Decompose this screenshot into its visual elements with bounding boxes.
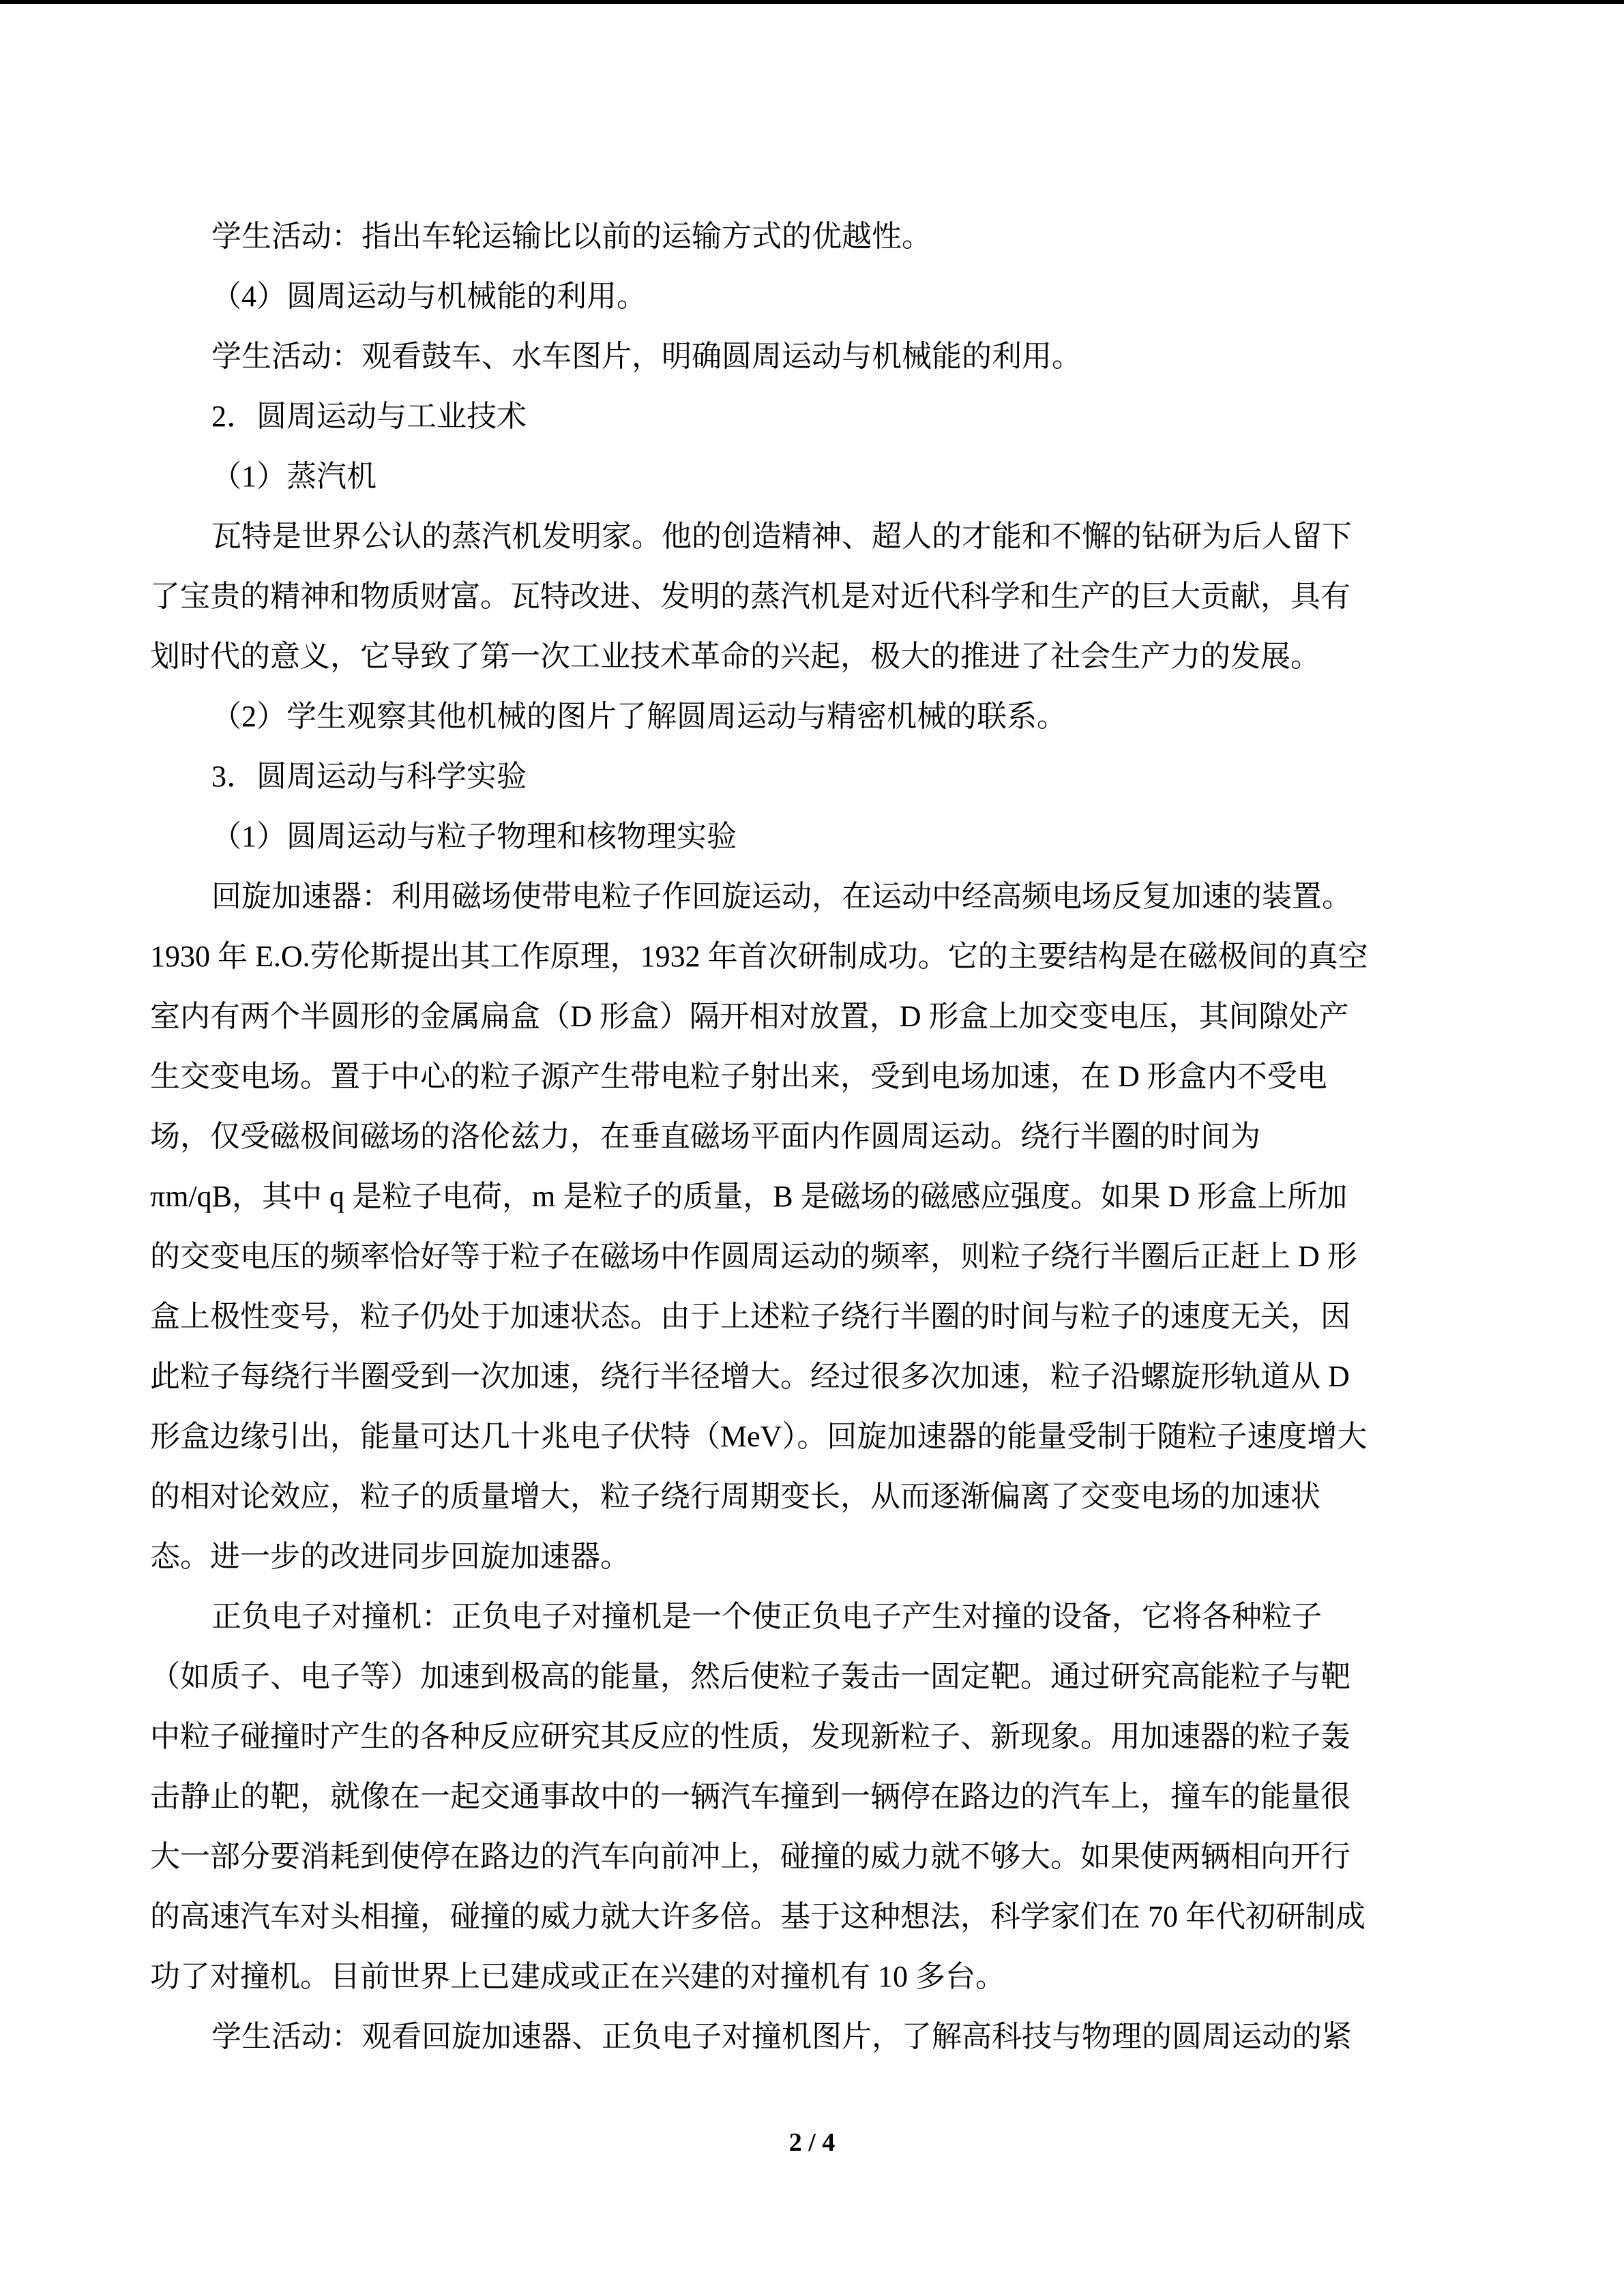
text-line: （2）学生观察其他机械的图片了解圆周运动与精密机械的联系。 [150,687,1488,747]
text-line: 击静止的靶，就像在一起交通事故中的一辆汽车撞到一辆停在路边的汽车上，撞车的能量很 [150,1767,1488,1827]
text-line: 1930 年 E.O.劳伦斯提出其工作原理，1932 年首次研制成功。它的主要结… [150,927,1488,987]
text-line: 3．圆周运动与科学实验 [150,747,1488,807]
document-body: 学生活动：指出车轮运输比以前的运输方式的优越性。（4）圆周运动与机械能的利用。学… [150,207,1488,2067]
text-line: 生交变电场。置于中心的粒子源产生带电粒子射出来，受到电场加速，在 D 形盒内不受… [150,1047,1488,1107]
text-line: 功了对撞机。目前世界上已建成或正在兴建的对撞机有 10 多台。 [150,1947,1488,2007]
text-line: 回旋加速器：利用磁场使带电粒子作回旋运动，在运动中经高频电场反复加速的装置。 [150,867,1488,927]
text-line: 学生活动：观看回旋加速器、正负电子对撞机图片，了解高科技与物理的圆周运动的紧 [150,2007,1488,2067]
text-line: （4）圆周运动与机械能的利用。 [150,267,1488,327]
text-line: πm/qB，其中 q 是粒子电荷，m 是粒子的质量，B 是磁场的磁感应强度。如果… [150,1167,1488,1227]
text-line: 场，仅受磁极间磁场的洛伦兹力，在垂直磁场平面内作圆周运动。绕行半圈的时间为 [150,1107,1488,1167]
text-line: 了宝贵的精神和物质财富。瓦特改进、发明的蒸汽机是对近代科学和生产的巨大贡献，具有 [150,567,1488,627]
text-line: （1）蒸汽机 [150,447,1488,507]
text-line: 学生活动：指出车轮运输比以前的运输方式的优越性。 [150,207,1488,267]
text-line: 学生活动：观看鼓车、水车图片，明确圆周运动与机械能的利用。 [150,327,1488,387]
text-line: 盒上极性变号，粒子仍处于加速状态。由于上述粒子绕行半圈的时间与粒子的速度无关，因 [150,1287,1488,1347]
text-line: 2．圆周运动与工业技术 [150,387,1488,447]
text-line: 瓦特是世界公认的蒸汽机发明家。他的创造精神、超人的才能和不懈的钻研为后人留下 [150,507,1488,567]
text-line: 正负电子对撞机：正负电子对撞机是一个使正负电子产生对撞的设备，它将各种粒子 [150,1587,1488,1647]
text-line: 划时代的意义，它导致了第一次工业技术革命的兴起，极大的推进了社会生产力的发展。 [150,627,1488,687]
text-line: 的交变电压的频率恰好等于粒子在磁场中作圆周运动的频率，则粒子绕行半圈后正赶上 D… [150,1227,1488,1287]
text-line: 室内有两个半圆形的金属扁盒（D 形盒）隔开相对放置，D 形盒上加交变电压，其间隙… [150,987,1488,1047]
text-line: 形盒边缘引出，能量可达几十兆电子伏特（MeV）。回旋加速器的能量受制于随粒子速度… [150,1407,1488,1467]
text-line: 大一部分要消耗到使停在路边的汽车向前冲上，碰撞的威力就不够大。如果使两辆相向开行 [150,1827,1488,1887]
text-line: 的高速汽车对头相撞，碰撞的威力就大许多倍。基于这种想法，科学家们在 70 年代初… [150,1887,1488,1947]
page-number: 2 / 4 [0,2126,1624,2159]
text-line: 态。进一步的改进同步回旋加速器。 [150,1527,1488,1587]
text-line: 的相对论效应，粒子的质量增大，粒子绕行周期变长，从而逐渐偏离了交变电场的加速状 [150,1467,1488,1527]
text-line: （1）圆周运动与粒子物理和核物理实验 [150,807,1488,867]
text-line: （如质子、电子等）加速到极高的能量，然后使粒子轰击一固定靶。通过研究高能粒子与靶 [150,1647,1488,1707]
text-line: 此粒子每绕行半圈受到一次加速，绕行半径增大。经过很多次加速，粒子沿螺旋形轨道从 … [150,1347,1488,1407]
text-line: 中粒子碰撞时产生的各种反应研究其反应的性质，发现新粒子、新现象。用加速器的粒子轰 [150,1707,1488,1767]
page-top-edge-bar [0,0,1624,4]
